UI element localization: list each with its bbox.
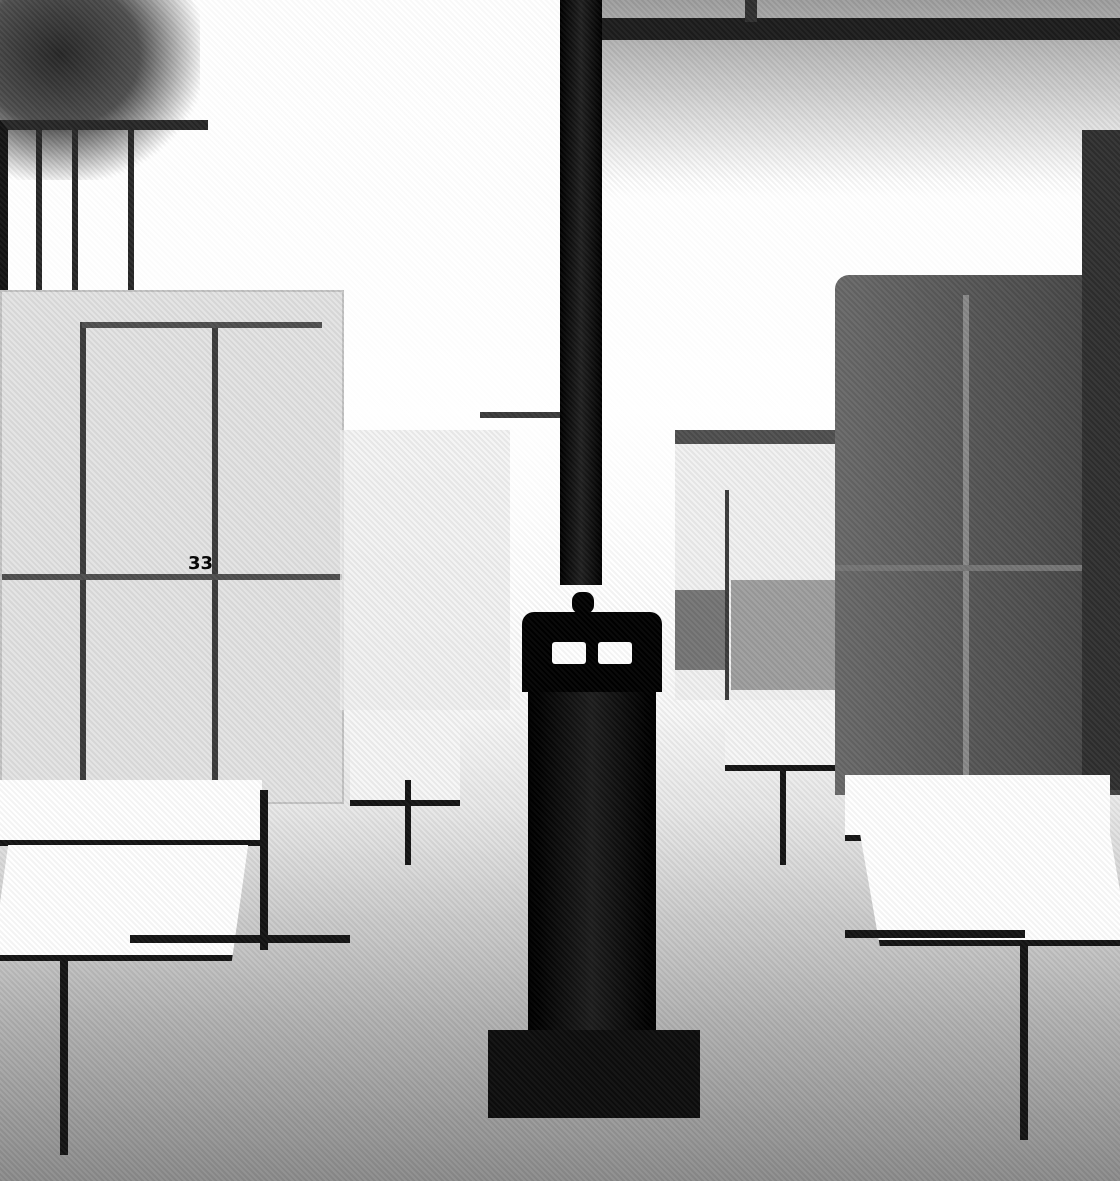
photograph: 33 [0,0,1120,1181]
halftone-texture [0,0,1120,1181]
